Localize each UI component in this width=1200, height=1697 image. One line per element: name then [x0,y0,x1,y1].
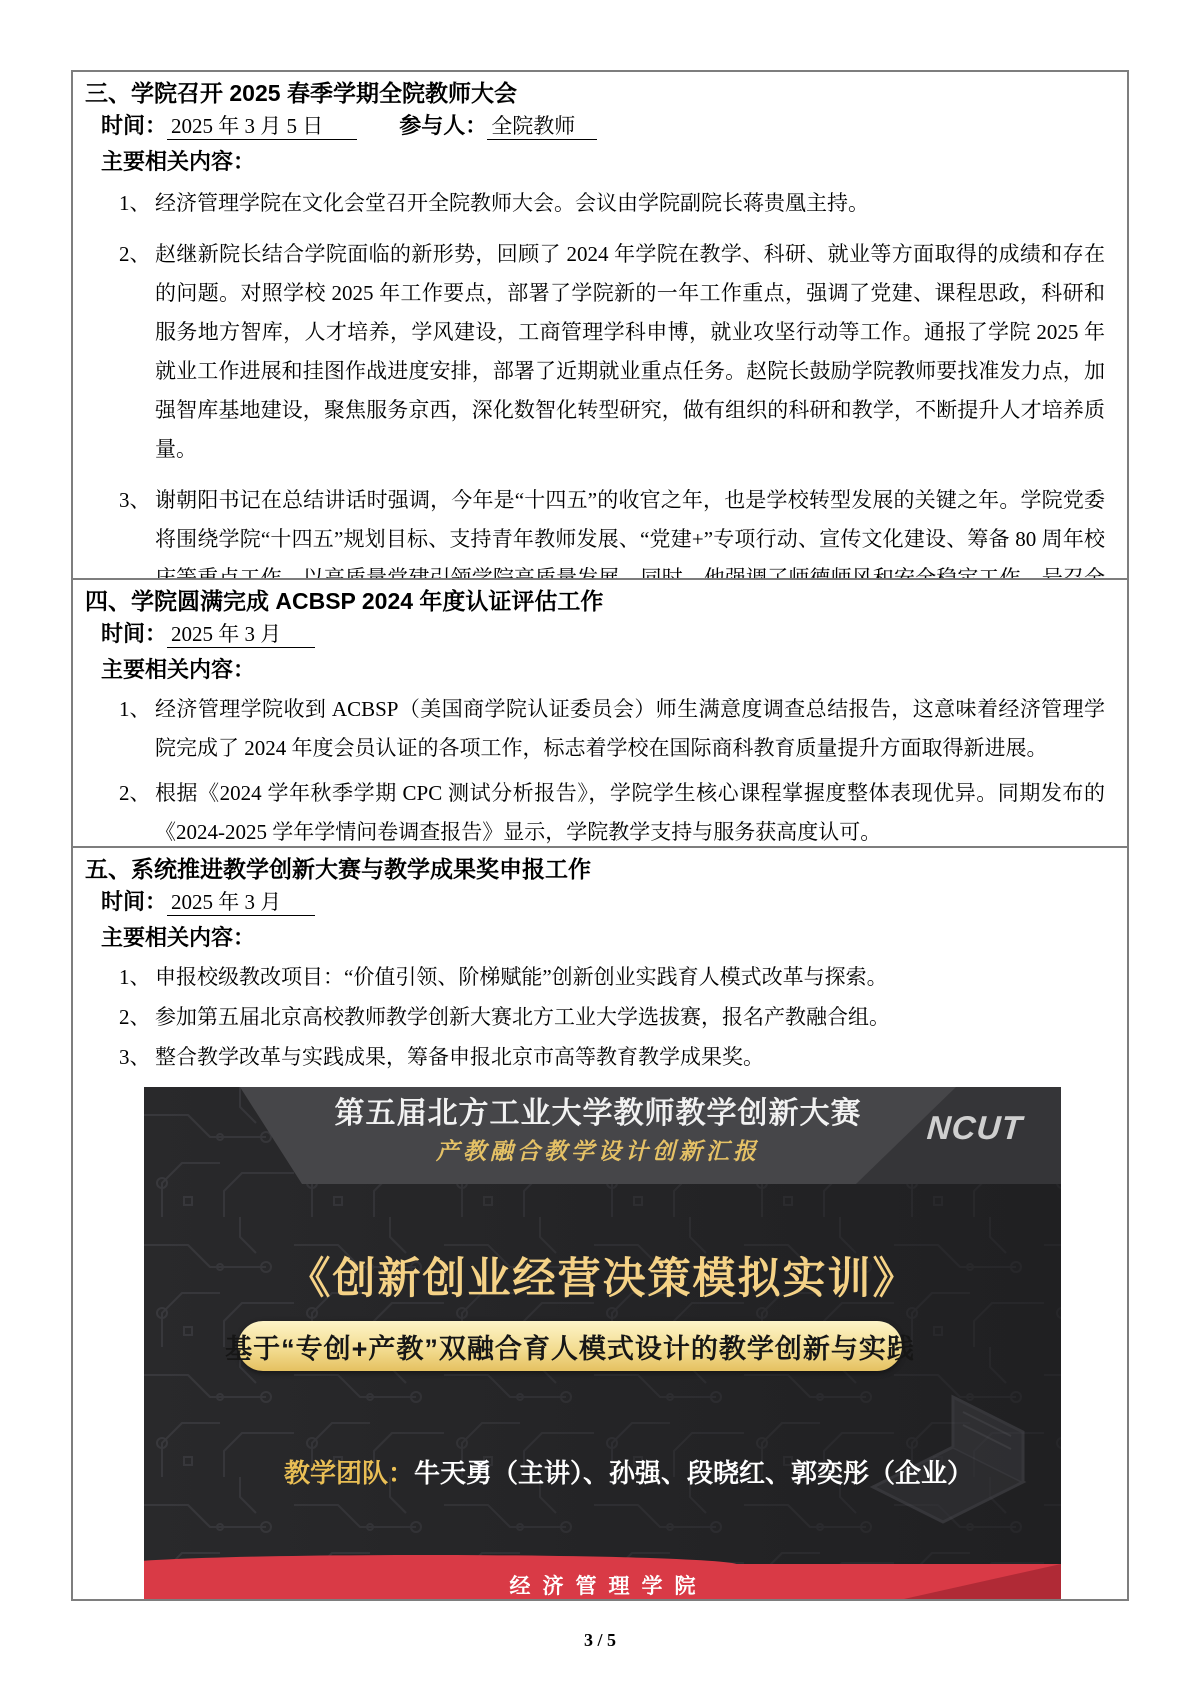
team-label: 教学团队： [284,1458,414,1488]
list-item: 1、 经济管理学院收到 ACBSP（美国商学院认证委员会）师生满意度调查总结报告… [119,690,1105,768]
item-number: 3、 [119,481,155,580]
report-table: 三、学院召开 2025 春季学期全院教师大会 时间：2025 年 3 月 5 日… [71,70,1129,1601]
list-item: 3、 整合教学改革与实践成果，筹备申报北京市高等教育教学成果奖。 [119,1038,1105,1077]
meta-line: 时间：2025 年 3 月 [73,884,1127,921]
section-teaching-innovation: 五、系统推进教学创新大赛与教学成果奖申报工作 时间：2025 年 3 月 主要相… [71,846,1129,1601]
poster-footer-text: 经济管理学院 [144,1570,1061,1600]
section-acbsp: 四、学院圆满完成 ACBSP 2024 年度认证评估工作 时间：2025 年 3… [71,578,1129,848]
poster-team-line: 教学团队：牛天勇（主讲）、孙强、段晓红、郭奕彤（企业） [284,1453,973,1493]
list-item: 3、 谢朝阳书记在总结讲话时强调，今年是“十四五”的收官之年，也是学校转型发展的… [119,481,1105,580]
list-item: 1、 申报校级教改项目：“价值引领、阶梯赋能”创新创业实践育人模式改革与探索。 [119,958,1105,997]
item-number: 3、 [119,1038,155,1077]
meta-line: 时间：2025 年 3 月 [73,616,1127,653]
item-text: 参加第五届北京高校教师教学创新大赛北方工业大学选拔赛，报名产教融合组。 [155,998,1105,1037]
competition-poster-image: NCUT 第五届北方工业大学教师教学创新大赛 产教融合教学设计创新汇报 《创新创… [144,1087,1061,1601]
item-number: 2、 [119,774,155,848]
item-list: 1、 申报校级教改项目：“价值引领、阶梯赋能”创新创业实践育人模式改革与探索。 … [73,954,1127,1077]
time-label: 时间： [101,113,167,138]
time-value: 2025 年 3 月 [167,622,315,648]
item-number: 2、 [119,998,155,1037]
poster-banner-subtitle: 产教融合教学设计创新汇报 [240,1137,956,1167]
item-number: 2、 [119,235,155,469]
item-list: 1、 经济管理学院收到 ACBSP（美国商学院认证委员会）师生满意度调查总结报告… [73,686,1127,848]
poster-subtitle-pill: 基于“专创+产教”双融合育人模式设计的教学创新与实践 [238,1321,902,1371]
item-text: 根据《2024 学年秋季学期 CPC 测试分析报告》，学院学生核心课程掌握度整体… [155,774,1105,848]
poster-course-title: 《创新创业经营决策模拟实训》 [144,1245,1061,1306]
item-text: 经济管理学院收到 ACBSP（美国商学院认证委员会）师生满意度调查总结报告，这意… [155,690,1105,768]
poster-subtitle-text: 基于“专创+产教”双融合育人模式设计的教学创新与实践 [225,1327,915,1366]
participants-value: 全院教师 [487,114,597,140]
section-teachers-meeting: 三、学院召开 2025 春季学期全院教师大会 时间：2025 年 3 月 5 日… [71,70,1129,580]
content-label: 主要相关内容： [73,653,1127,686]
time-label: 时间： [101,889,167,914]
item-text: 赵继新院长结合学院面临的新形势，回顾了 2024 年学院在教学、科研、就业等方面… [155,235,1105,469]
team-members: 牛天勇（主讲）、孙强、段晓红、郭奕彤（企业） [414,1458,973,1488]
item-number: 1、 [119,958,155,997]
item-list: 1、 经济管理学院在文化会堂召开全院教师大会。会议由学院副院长蒋贵凰主持。 2、… [73,178,1127,580]
item-number: 1、 [119,690,155,768]
poster-banner-title: 第五届北方工业大学教师教学创新大赛 [240,1097,956,1131]
meta-line: 时间：2025 年 3 月 5 日参与人：全院教师 [73,108,1127,145]
time-value: 2025 年 3 月 [167,890,315,916]
time-value: 2025 年 3 月 5 日 [167,114,357,140]
item-text: 整合教学改革与实践成果，筹备申报北京市高等教育教学成果奖。 [155,1038,1105,1077]
section-heading: 五、系统推进教学创新大赛与教学成果奖申报工作 [73,852,1127,884]
poster-footer-ribbon: 经济管理学院 [144,1564,1061,1601]
item-number: 1、 [119,184,155,223]
list-item: 2、 参加第五届北京高校教师教学创新大赛北方工业大学选拔赛，报名产教融合组。 [119,998,1105,1037]
list-item: 2、 赵继新院长结合学院面临的新形势，回顾了 2024 年学院在教学、科研、就业… [119,235,1105,469]
section-heading: 三、学院召开 2025 春季学期全院教师大会 [73,76,1127,108]
page-number: 3 / 5 [0,1630,1200,1651]
item-text: 申报校级教改项目：“价值引领、阶梯赋能”创新创业实践育人模式改革与探索。 [155,958,1105,997]
item-text: 谢朝阳书记在总结讲话时强调，今年是“十四五”的收官之年，也是学校转型发展的关键之… [155,481,1105,580]
poster-banner: 第五届北方工业大学教师教学创新大赛 产教融合教学设计创新汇报 [240,1087,956,1184]
ncut-logo: NCUT [926,1109,1024,1147]
item-text: 经济管理学院在文化会堂召开全院教师大会。会议由学院副院长蒋贵凰主持。 [155,184,1105,223]
list-item: 1、 经济管理学院在文化会堂召开全院教师大会。会议由学院副院长蒋贵凰主持。 [119,184,1105,223]
participants-label: 参与人： [399,113,487,138]
content-label: 主要相关内容： [73,145,1127,178]
content-label: 主要相关内容： [73,921,1127,954]
time-label: 时间： [101,621,167,646]
section-heading: 四、学院圆满完成 ACBSP 2024 年度认证评估工作 [73,584,1127,616]
list-item: 2、 根据《2024 学年秋季学期 CPC 测试分析报告》，学院学生核心课程掌握… [119,774,1105,848]
